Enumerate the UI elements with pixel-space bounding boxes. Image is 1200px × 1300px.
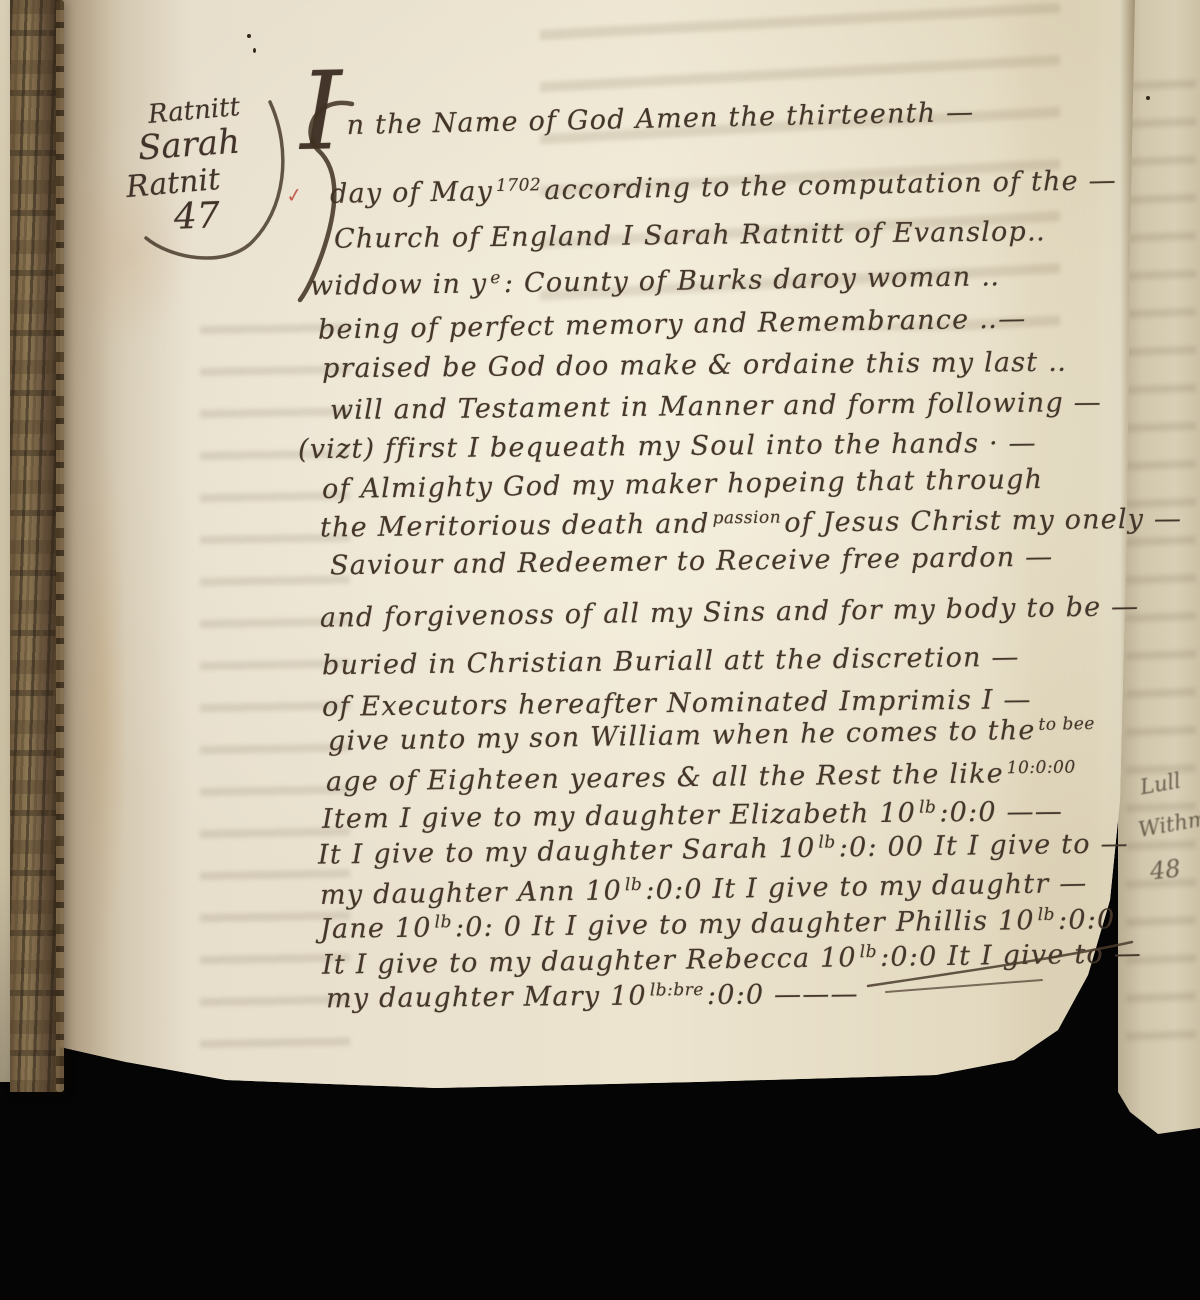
margin-note-text: 47 [173,195,220,238]
margin-note-text: Sarah [137,121,242,168]
manuscript-text: my daughter Ann 10 [320,875,622,911]
gutter-stain [68,340,138,1060]
book-binding [10,0,60,1092]
manuscript-line: praised be God doo make & ordaine this m… [322,347,1068,385]
manuscript-text: Item I give to my daughter Elizabeth 10 [322,798,916,835]
interlinear-insertion: 1702 [496,175,542,196]
interlinear-insertion: lb [1038,905,1056,925]
interlinear-insertion: to bee [1038,714,1095,735]
margin-note-line: 47 [173,195,220,238]
manuscript-text: Jane 10 [320,912,432,944]
manuscript-line: my daughter Mary 10lb:bre:0:0 ——— [326,979,859,1015]
ink-speck [1146,96,1150,100]
red-check-mark: ✓ [284,182,304,208]
manuscript-text: :0:0 It I give to — [880,938,1142,973]
photographed-book-spread: LullWithm48 RatnittSarahRatnit47 ✓ In th… [0,0,1200,1300]
manuscript-text: the Meritorious death and [320,508,710,543]
manuscript-line: (vizt) ffirst I bequeath my Soul into th… [298,428,1037,465]
manuscript-text: :0: 00 It I give to — [839,828,1129,863]
interlinear-insertion: lb [919,797,937,817]
manuscript-text: widdow in y [310,268,488,301]
interlinear-insertion: lb [860,942,878,962]
interlinear-insertion: lb [818,832,836,852]
next-page-margin-text: 48 [1149,854,1182,885]
ink-speck [486,118,490,122]
manuscript-text: :0:0 ——— [707,979,859,1011]
manuscript-text: day of May [330,176,494,210]
manuscript-text: praised be God doo make & ordaine this m… [322,347,1068,385]
interlinear-insertion: lb:bre [650,980,704,1000]
margin-note-line: Sarah [137,121,242,168]
page-edge-sliver [0,0,10,1082]
ink-speck [247,34,251,38]
interlinear-insertion: e [490,268,501,288]
interlinear-insertion: passion [712,508,781,529]
manuscript-text: of Jesus Christ my onely — [784,503,1182,538]
manuscript-text: I [298,49,343,175]
manuscript-text: :0:0 [1058,904,1116,936]
ink-speck [253,48,256,53]
interlinear-insertion: lb [625,875,643,895]
interlinear-insertion: lb [434,912,452,932]
next-page-showthrough [1126,60,1196,1060]
manuscript-text: :0:0 —— [939,796,1063,828]
manuscript-text: my daughter Mary 10 [326,981,647,1015]
interlinear-insertion: 10:0:00 [1007,757,1076,778]
manuscript-text: (vizt) ffirst I bequeath my Soul into th… [298,428,1037,465]
